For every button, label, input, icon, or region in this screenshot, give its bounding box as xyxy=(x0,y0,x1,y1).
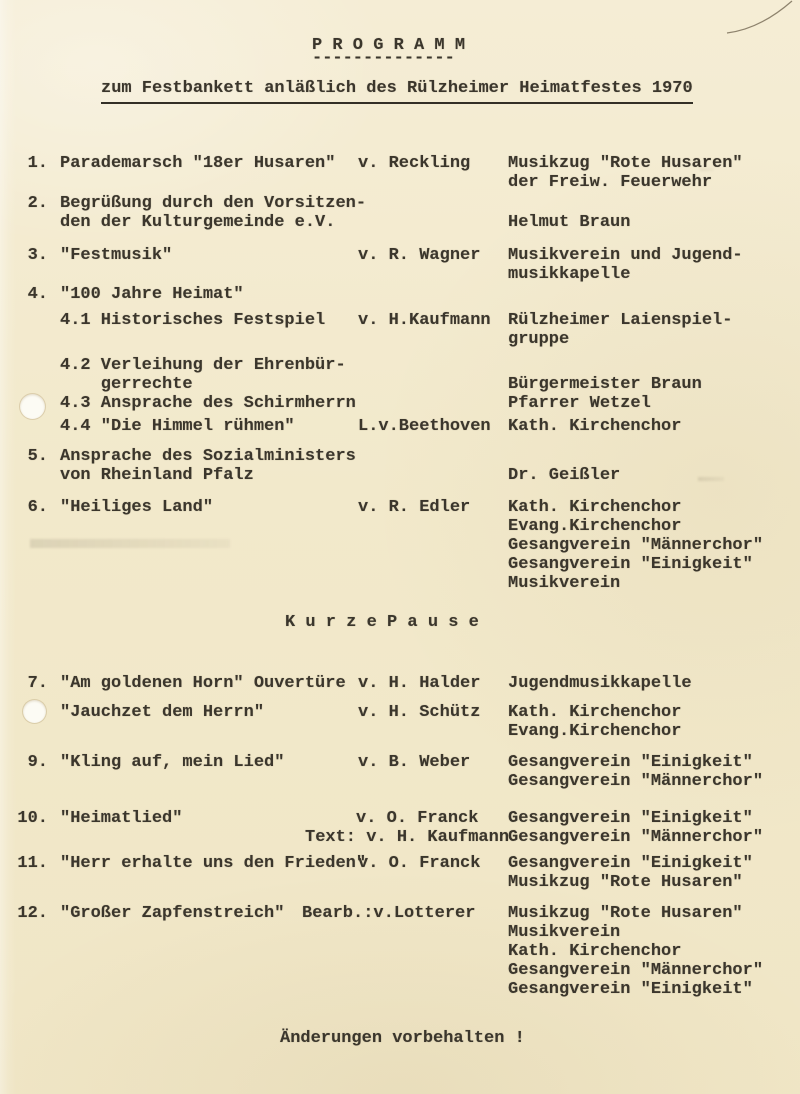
item-performers: Gesangverein "Einigkeit" Gesangverein "M… xyxy=(508,809,800,847)
item-number: 1. xyxy=(0,154,48,173)
program-item: 7. "Am goldenen Horn" Ouvertüre v. H. Ha… xyxy=(0,674,800,693)
smudge-mark xyxy=(698,477,724,481)
program-item: 11. "Herr erhalte uns den Frieden" v. O.… xyxy=(0,854,800,892)
punch-hole xyxy=(23,700,46,723)
item-composer: v. R. Wagner xyxy=(358,246,508,265)
item-performers: Helmut Braun xyxy=(508,194,800,232)
item-composer: v. O. Franck xyxy=(358,854,508,873)
item-composer: v. H. Halder xyxy=(358,674,508,693)
scan-hairline-mark xyxy=(680,0,800,40)
item-number: 9. xyxy=(0,753,48,772)
footer-note: Änderungen vorbehalten ! xyxy=(280,1029,800,1048)
item-composer: v. B. Weber xyxy=(358,753,508,772)
item-number: 3. xyxy=(0,246,48,265)
item-composer: v. H. Schütz xyxy=(358,703,508,722)
item-performers: Kath. Kirchenchor Evang.Kirchenchor xyxy=(508,703,800,741)
item-number: 11. xyxy=(0,854,48,873)
program-subitem: 4.2 Verleihung der Ehrenbür- gerrechte B… xyxy=(0,356,800,394)
item-performers: Pfarrer Wetzel xyxy=(508,394,800,413)
item-title: 4.1 Historisches Festspiel xyxy=(48,311,358,330)
program-subitem: 4.3 Ansprache des Schirmherrn Pfarrer We… xyxy=(0,394,800,413)
item-number: 4. xyxy=(0,285,48,304)
item-performers: Musikverein und Jugend- musikkapelle xyxy=(508,246,800,284)
item-number: 2. xyxy=(0,194,48,213)
item-composer: v. R. Edler xyxy=(358,498,508,517)
punch-hole xyxy=(20,394,45,419)
item-title: 4.2 Verleihung der Ehrenbür- gerrechte xyxy=(48,356,358,394)
program-subitem: 4.1 Historisches Festspiel v. H.Kaufmann… xyxy=(0,311,800,349)
item-performers: Bürgermeister Braun xyxy=(508,356,800,394)
title-underline: -------------- xyxy=(312,51,800,67)
program-item: 10. "Heimatlied" v. O. Franck Text: v. H… xyxy=(0,809,800,847)
item-performers: Dr. Geißler xyxy=(508,447,800,485)
pause-heading: K u r z e P a u s e xyxy=(285,613,800,632)
item-performers: Musikzug "Rote Husaren" der Freiw. Feuer… xyxy=(508,154,800,192)
item-performers: Kath. Kirchenchor Evang.Kirchenchor Gesa… xyxy=(508,498,800,593)
scanned-program-page: P R O G R A M M -------------- zum Festb… xyxy=(0,0,800,1094)
item-title: Begrüßung durch den Vorsitzen- den der K… xyxy=(48,194,358,232)
item-composer: v. O. Franck Text: v. H. Kaufmann xyxy=(305,809,508,847)
program-item: 3. "Festmusik" v. R. Wagner Musikverein … xyxy=(0,246,800,284)
smudge-mark xyxy=(700,168,714,171)
item-number: 12. xyxy=(0,904,48,923)
item-title: "Heiliges Land" xyxy=(48,498,358,517)
item-number: 6. xyxy=(0,498,48,517)
item-performers: Gesangverein "Einigkeit" Musikzug "Rote … xyxy=(508,854,800,892)
item-title: Parademarsch "18er Husaren" xyxy=(48,154,358,173)
item-performers: Jugendmusikkapelle xyxy=(508,674,800,693)
smudge-mark xyxy=(30,539,230,548)
program-subitem: 4.4 "Die Himmel rühmen" L.v.Beethoven Ka… xyxy=(0,417,800,436)
program-item: 9. "Kling auf, mein Lied" v. B. Weber Ge… xyxy=(0,753,800,791)
item-title: "Festmusik" xyxy=(48,246,358,265)
item-title: Ansprache des Sozialministers von Rheinl… xyxy=(48,447,358,485)
item-title: "Herr erhalte uns den Frieden" xyxy=(48,854,358,873)
item-performers: Kath. Kirchenchor xyxy=(508,417,800,436)
item-title: "Kling auf, mein Lied" xyxy=(48,753,358,772)
item-number: 10. xyxy=(0,809,48,828)
item-composer: L.v.Beethoven xyxy=(358,417,508,436)
item-composer: Bearb.:v.Lotterer xyxy=(302,904,508,923)
program-item: 2. Begrüßung durch den Vorsitzen- den de… xyxy=(0,194,800,232)
program-item: 4. "100 Jahre Heimat" xyxy=(0,285,800,304)
program-item: 8. "Jauchzet dem Herrn" v. H. Schütz Kat… xyxy=(0,703,800,741)
subtitle-text: zum Festbankett anläßlich des Rülzheimer… xyxy=(101,79,693,104)
item-title: 4.4 "Die Himmel rühmen" xyxy=(48,417,358,436)
item-title: "Am goldenen Horn" Ouvertüre xyxy=(48,674,358,693)
item-number: 5. xyxy=(0,447,48,466)
program-item: 12. "Großer Zapfenstreich" Bearb.:v.Lott… xyxy=(0,904,800,999)
item-number: 7. xyxy=(0,674,48,693)
subtitle: zum Festbankett anläßlich des Rülzheimer… xyxy=(101,79,800,104)
item-title: "Jauchzet dem Herrn" xyxy=(48,703,358,722)
program-item: 1. Parademarsch "18er Husaren" v. Reckli… xyxy=(0,154,800,192)
program-item: 5. Ansprache des Sozialministers von Rhe… xyxy=(0,447,800,485)
item-performers: Musikzug "Rote Husaren" Musikverein Kath… xyxy=(508,904,800,999)
item-title: 4.3 Ansprache des Schirmherrn xyxy=(48,394,358,413)
item-composer: v. Reckling xyxy=(358,154,508,173)
item-performers: Gesangverein "Einigkeit" Gesangverein "M… xyxy=(508,753,800,791)
item-composer: v. H.Kaufmann xyxy=(358,311,508,330)
item-title: "100 Jahre Heimat" xyxy=(48,285,358,304)
item-performers: Rülzheimer Laienspiel- gruppe xyxy=(508,311,800,349)
